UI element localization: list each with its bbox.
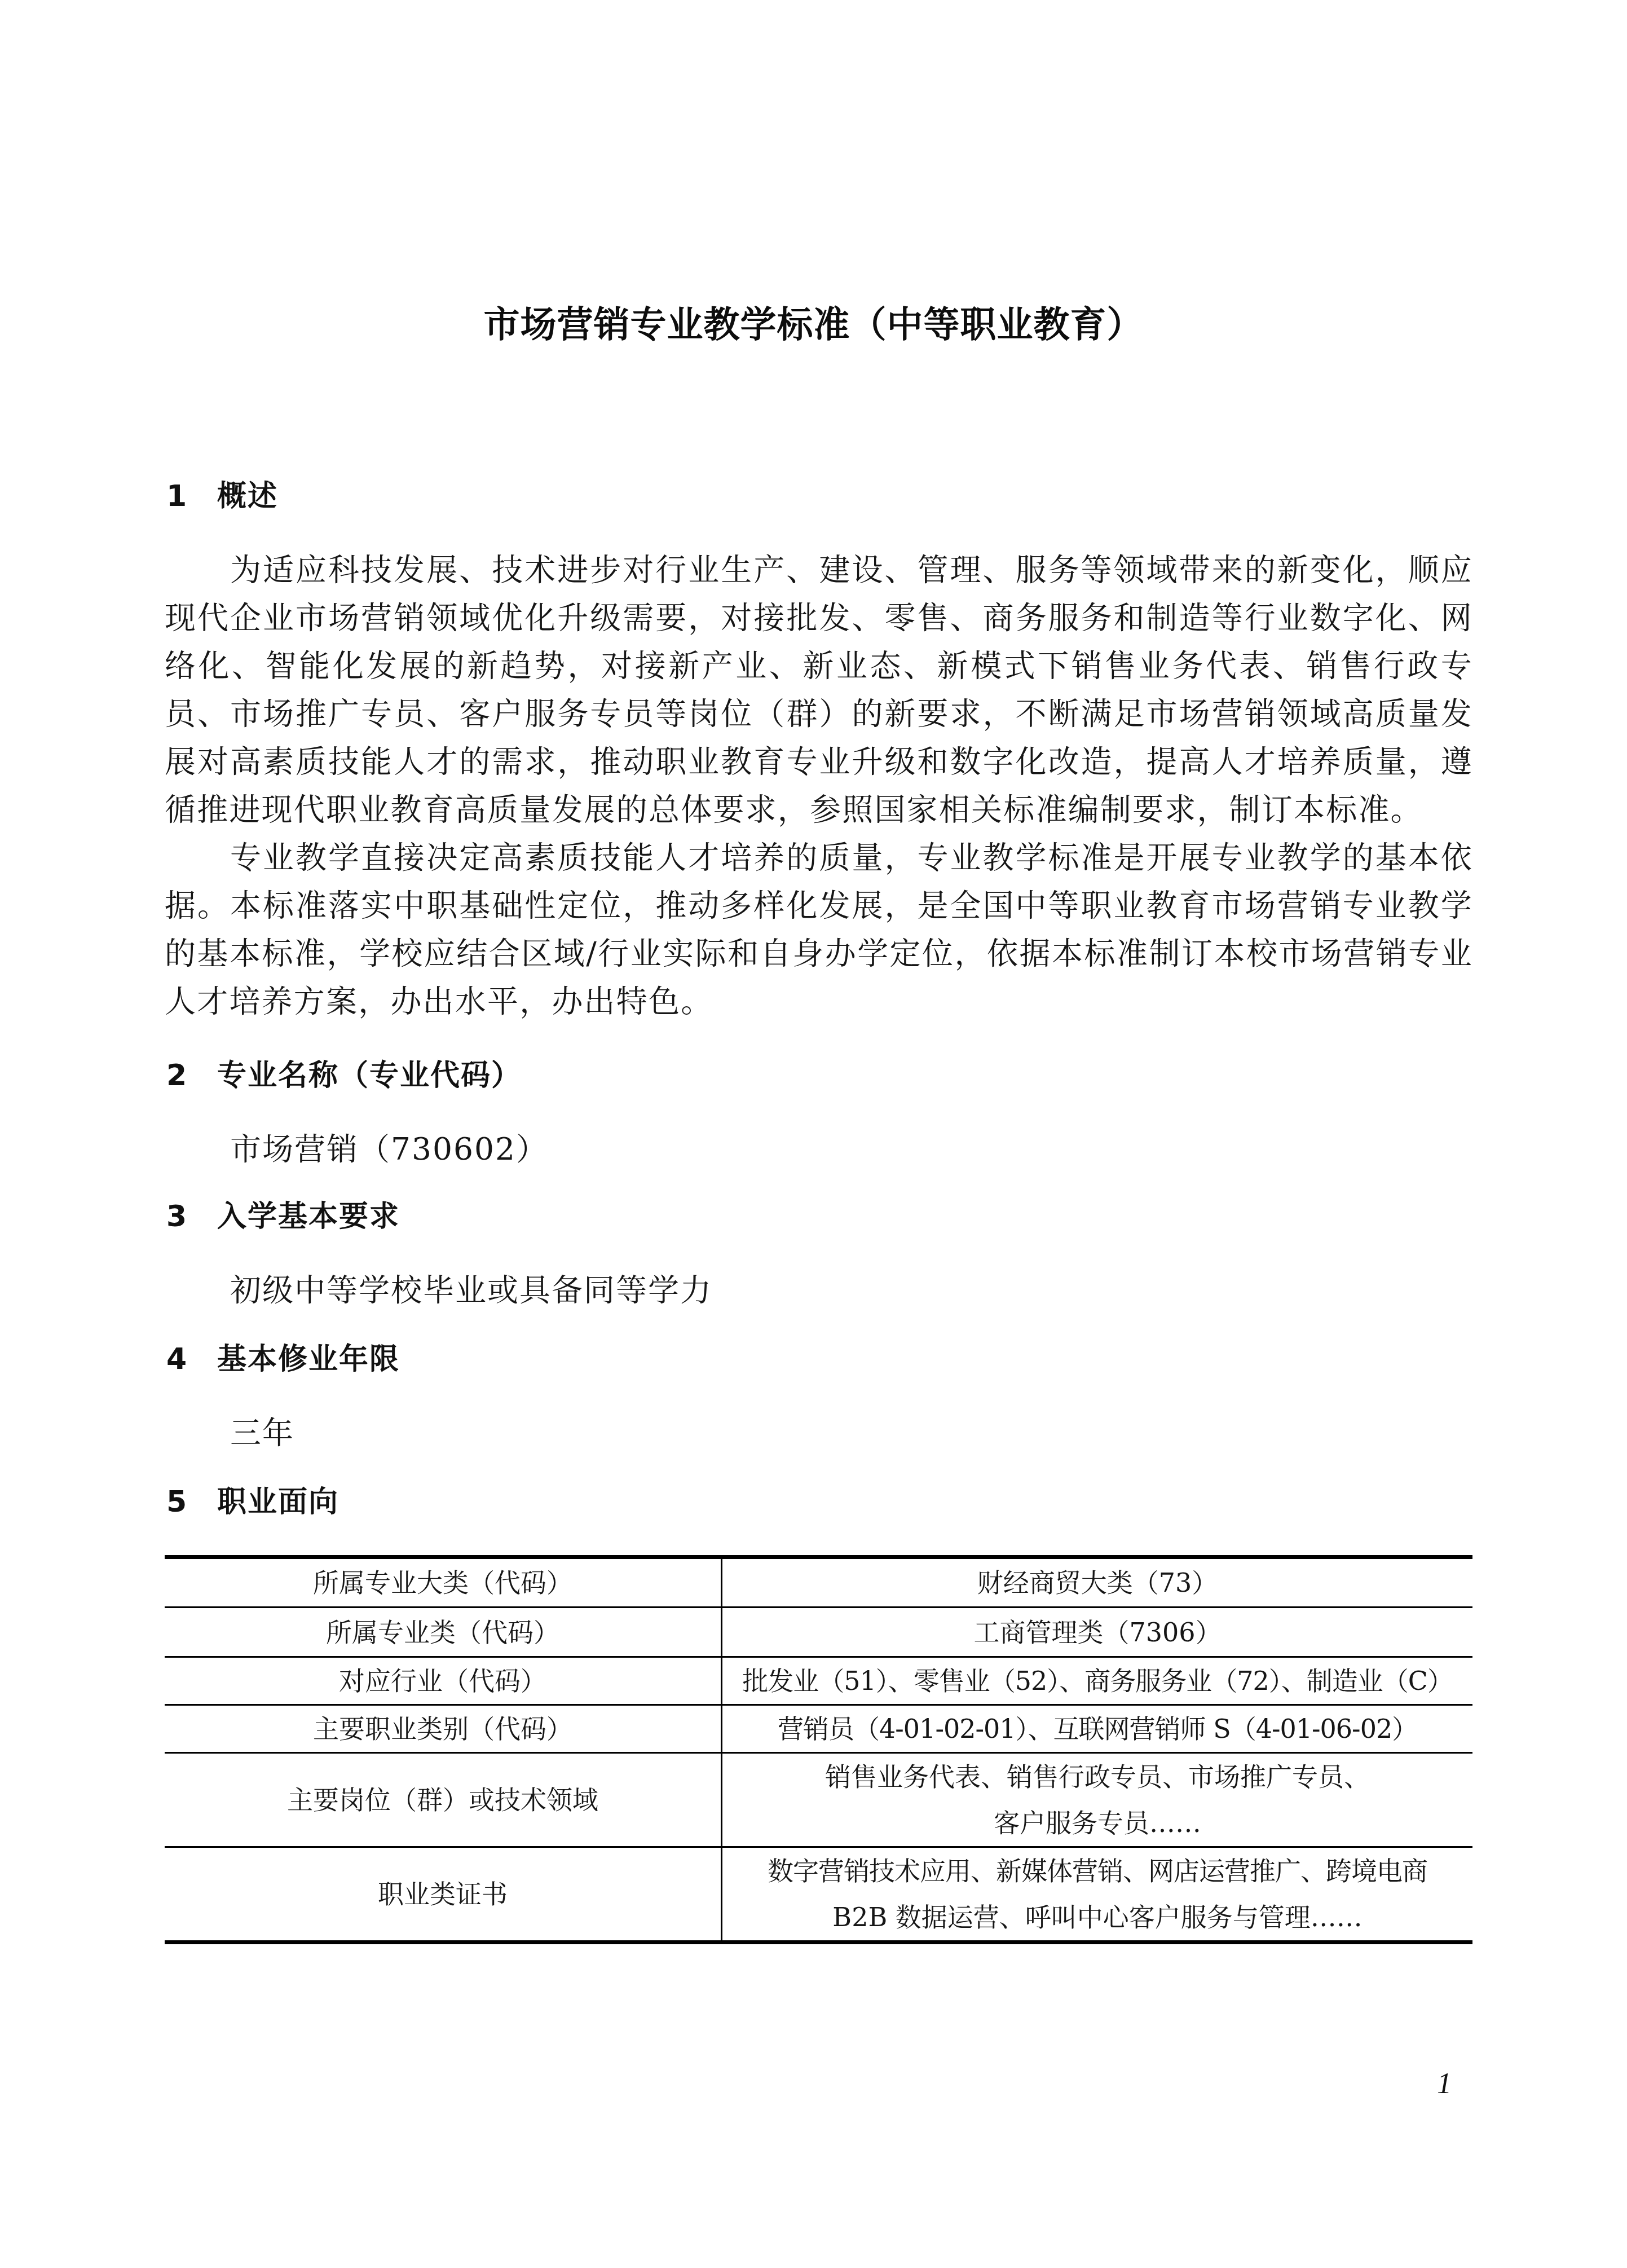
section-number: 4 — [166, 1340, 187, 1379]
row-value-line: 财经商贸大类（73） — [728, 1560, 1467, 1606]
row-label: 所属专业类（代码） — [165, 1608, 722, 1657]
row-value: 批发业（51）、零售业（52）、商务服务业（72）、制造业（C） — [722, 1657, 1472, 1705]
row-value-line: 批发业（51）、零售业（52）、商务服务业（72）、制造业（C） — [728, 1658, 1467, 1704]
row-label: 所属专业大类（代码） — [165, 1557, 722, 1608]
table-row: 职业类证书 数字营销技术应用、新媒体营销、网店运营推广、跨境电商 B2B 数据运… — [165, 1847, 1472, 1943]
section-number: 3 — [166, 1197, 187, 1236]
table-row: 所属专业大类（代码） 财经商贸大类（73） — [165, 1557, 1472, 1608]
table-row: 主要岗位（群）或技术领域 销售业务代表、销售行政专员、市场推广专员、 客户服务专… — [165, 1753, 1472, 1847]
row-value-line: 销售业务代表、销售行政专员、市场推广专员、 — [728, 1754, 1467, 1800]
section-title: 基本修业年限 — [217, 1340, 400, 1379]
table-row: 主要职业类别（代码） 营销员（4-01-02-01）、互联网营销师 S（4-01… — [165, 1705, 1472, 1753]
section-number: 2 — [166, 1056, 187, 1095]
row-value: 财经商贸大类（73） — [722, 1557, 1472, 1608]
row-value-line: 客户服务专员…… — [728, 1800, 1467, 1846]
row-value-line: B2B 数据运营、呼叫中心客户服务与管理…… — [728, 1894, 1467, 1940]
section-title: 职业面向 — [217, 1482, 339, 1522]
page-title: 市场营销专业教学标准（中等职业教育） — [0, 298, 1627, 352]
row-value-line: 工商管理类（7306） — [728, 1609, 1467, 1655]
row-value: 营销员（4-01-02-01）、互联网营销师 S（4-01-06-02） — [722, 1705, 1472, 1753]
duration-value: 三年 — [230, 1409, 294, 1457]
row-value: 工商管理类（7306） — [722, 1608, 1472, 1657]
table-row: 所属专业类（代码） 工商管理类（7306） — [165, 1608, 1472, 1657]
row-value: 数字营销技术应用、新媒体营销、网店运营推广、跨境电商 B2B 数据运营、呼叫中心… — [722, 1847, 1472, 1943]
overview-paragraph-1: 为适应科技发展、技术进步对行业生产、建设、管理、服务等领域带来的新变化，顺应现代… — [165, 546, 1473, 834]
row-label: 对应行业（代码） — [165, 1657, 722, 1705]
section-title: 专业名称（专业代码） — [217, 1056, 522, 1095]
section-number: 5 — [166, 1482, 187, 1522]
section-number: 1 — [166, 477, 187, 516]
row-value: 销售业务代表、销售行政专员、市场推广专员、 客户服务专员…… — [722, 1753, 1472, 1847]
major-name-value: 市场营销（730602） — [230, 1125, 548, 1173]
career-orientation-table: 所属专业大类（代码） 财经商贸大类（73） 所属专业类（代码） 工商管理类（73… — [165, 1555, 1472, 1944]
table-row: 对应行业（代码） 批发业（51）、零售业（52）、商务服务业（72）、制造业（C… — [165, 1657, 1472, 1705]
row-value-line: 数字营销技术应用、新媒体营销、网店运营推广、跨境电商 — [728, 1848, 1467, 1894]
row-label: 主要职业类别（代码） — [165, 1705, 722, 1753]
row-label: 职业类证书 — [165, 1847, 722, 1943]
page-number: 1 — [1437, 2064, 1452, 2104]
admission-value: 初级中等学校毕业或具备同等学力 — [230, 1266, 712, 1314]
section-title: 概述 — [217, 477, 278, 516]
document-page: 市场营销专业教学标准（中等职业教育） 1 概述 为适应科技发展、技术进步对行业生… — [0, 0, 1627, 2268]
section-title: 入学基本要求 — [217, 1197, 400, 1236]
row-label: 主要岗位（群）或技术领域 — [165, 1753, 722, 1847]
row-value-line: 营销员（4-01-02-01）、互联网营销师 S（4-01-06-02） — [728, 1706, 1467, 1752]
overview-paragraph-2: 专业教学直接决定高素质技能人才培养的质量，专业教学标准是开展专业教学的基本依据。… — [165, 834, 1473, 1025]
